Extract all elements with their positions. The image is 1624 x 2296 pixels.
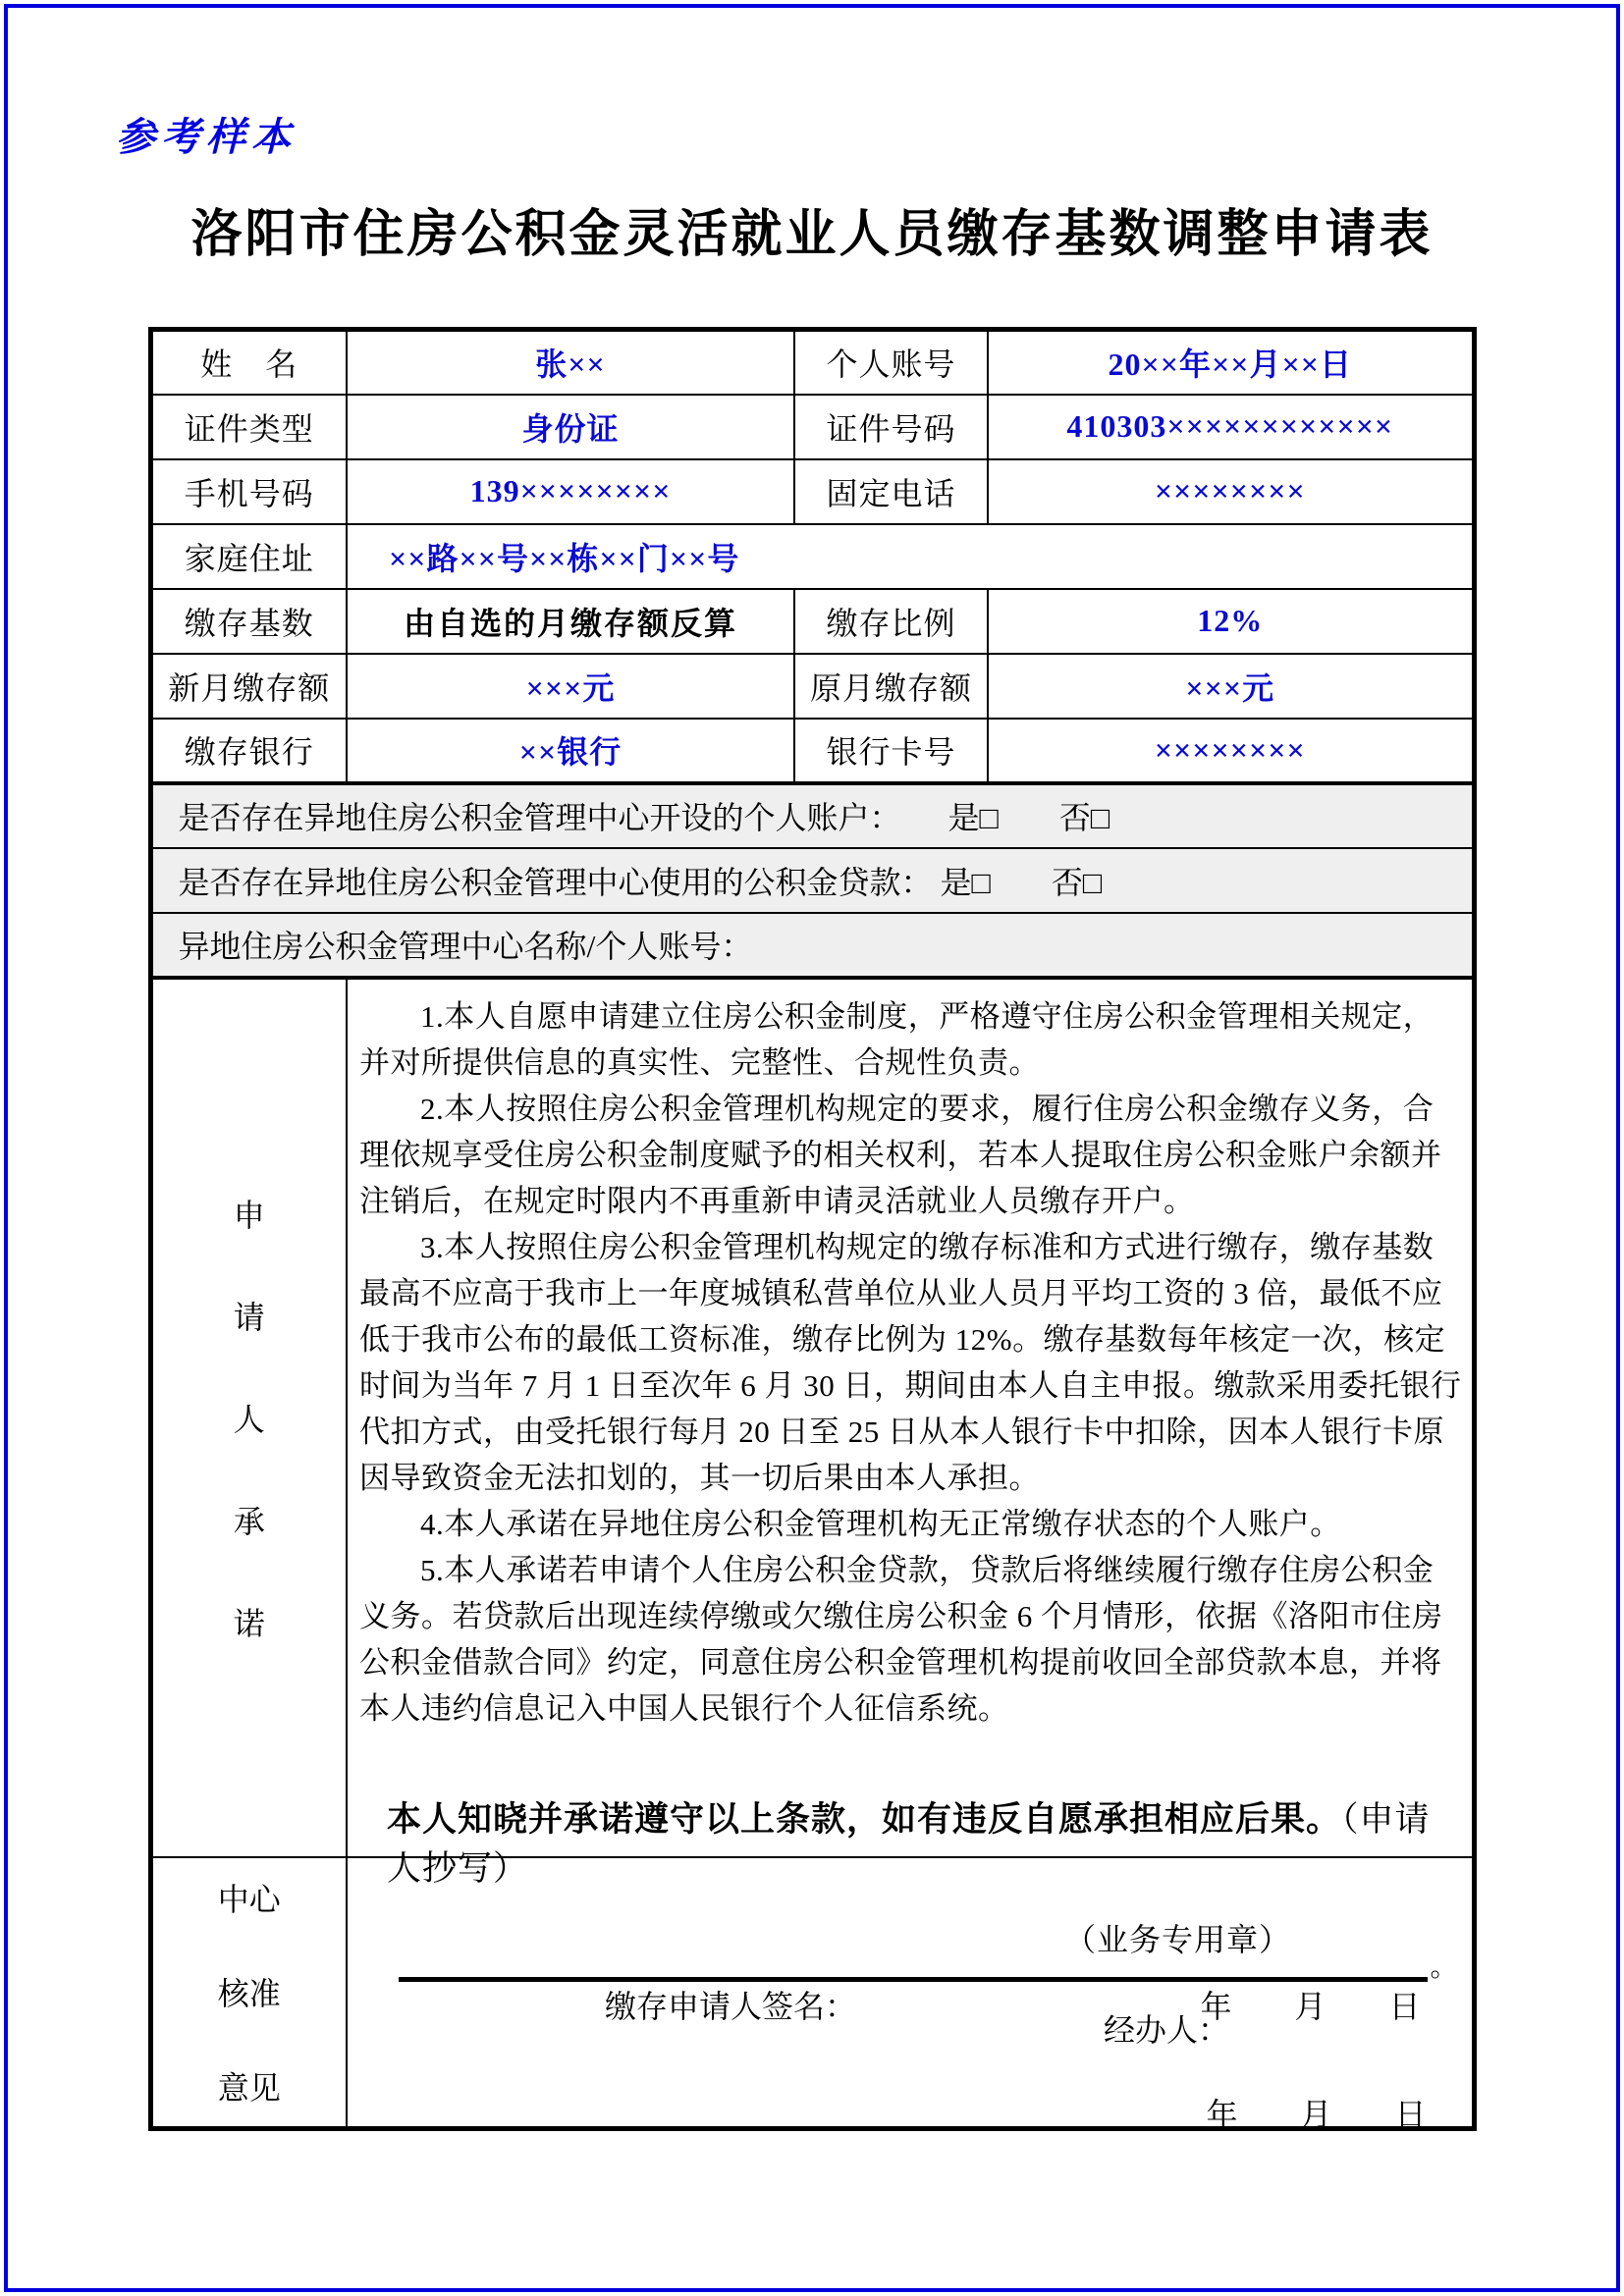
row-id-type-number: 证件类型 身份证 证件号码 410303××××××××××××: [150, 395, 1474, 459]
remote-account-no-checkbox[interactable]: 否□: [1059, 800, 1110, 835]
deposit-base-label: 缴存基数: [150, 589, 347, 654]
approval-date-label: 年 月 日: [1206, 2090, 1426, 2135]
remote-account-yes-checkbox[interactable]: 是□: [948, 800, 999, 835]
deposit-ratio-value: 12%: [988, 589, 1474, 654]
business-seal-label: （业务专用章）: [1064, 1915, 1291, 1960]
new-monthly-amount-label: 新月缴存额: [150, 654, 347, 719]
id-number-label: 证件号码: [794, 395, 988, 459]
application-form-table: 姓 名 张×× 个人账号 20××年××月××日 证件类型 身份证 证件号码 4…: [148, 327, 1477, 2131]
commitment-clause-5: 5.本人承诺若申请个人住房公积金贷款，贷款后将继续履行缴存住房公积金义务。若贷款…: [359, 1547, 1464, 1732]
home-address-label: 家庭住址: [150, 524, 347, 589]
name-value: 张××: [347, 330, 794, 395]
mobile-label: 手机号码: [150, 459, 347, 524]
approval-side-label-cell: 中心 核准 意见: [150, 1857, 347, 2129]
deposit-base-value: 由自选的月缴存额反算: [347, 589, 794, 654]
personal-account-value: 20××年××月××日: [988, 330, 1474, 395]
commitment-clause-3: 3.本人按照住房公积金管理机构规定的缴存标准和方式进行缴存，缴存基数最高不应高于…: [359, 1224, 1464, 1501]
new-monthly-amount-value: ×××元: [347, 654, 794, 719]
personal-account-label: 个人账号: [794, 330, 988, 395]
row-question-remote-loan: 是否存在异地住房公积金管理中心使用的公积金贷款：是□否□: [150, 848, 1474, 913]
remote-account-question: 是否存在异地住房公积金管理中心开设的个人账户：: [179, 800, 901, 835]
row-center-approval: 中心 核准 意见 （业务专用章） 经办人： 年 月 日: [150, 1857, 1474, 2129]
row-phone: 手机号码 139×××××××× 固定电话 ××××××××: [150, 459, 1474, 524]
deposit-ratio-label: 缴存比例: [794, 589, 988, 654]
remote-loan-yes-checkbox[interactable]: 是□: [941, 865, 991, 900]
id-type-label: 证件类型: [150, 395, 347, 459]
approval-side-label: 中心 核准 意见: [154, 1859, 346, 2124]
name-label: 姓 名: [150, 330, 347, 395]
sample-watermark: 参考样本: [116, 106, 297, 162]
row-applicant-commitment: 申 请 人 承 诺 1.本人自愿申请建立住房公积金制度，严格遵守住房公积金管理相…: [150, 978, 1474, 1857]
old-monthly-amount-value: ×××元: [988, 654, 1474, 719]
commitment-content-cell: 1.本人自愿申请建立住房公积金制度，严格遵守住房公积金管理相关规定，并对所提供信…: [347, 978, 1474, 1857]
landline-value: ××××××××: [988, 459, 1474, 524]
home-address-value: ××路××号××栋××门××号: [347, 524, 1474, 589]
remote-loan-no-checkbox[interactable]: 否□: [1052, 865, 1102, 900]
remote-center-name-label: 异地住房公积金管理中心名称/个人账号：: [179, 929, 753, 964]
approval-content-cell: （业务专用章） 经办人： 年 月 日: [347, 1857, 1474, 2129]
commitment-side-label-cell: 申 请 人 承 诺: [150, 978, 347, 1857]
operator-label[interactable]: 经办人：: [1104, 2005, 1229, 2051]
bank-card-value: ××××××××: [988, 719, 1474, 783]
remote-loan-question: 是否存在异地住房公积金管理中心使用的公积金贷款：: [179, 865, 933, 900]
commitment-clause-1: 1.本人自愿申请建立住房公积金制度，严格遵守住房公积金管理相关规定，并对所提供信…: [359, 993, 1464, 1086]
row-bank: 缴存银行 ××银行 银行卡号 ××××××××: [150, 719, 1474, 783]
row-deposit-base: 缴存基数 由自选的月缴存额反算 缴存比例 12%: [150, 589, 1474, 654]
old-monthly-amount-label: 原月缴存额: [794, 654, 988, 719]
row-address: 家庭住址 ××路××号××栋××门××号: [150, 524, 1474, 589]
bank-card-label: 银行卡号: [794, 719, 988, 783]
form-page: 参考样本 洛阳市住房公积金灵活就业人员缴存基数调整申请表 姓 名 张×× 个人账…: [0, 0, 1624, 2296]
deposit-bank-value: ××银行: [347, 719, 794, 783]
id-number-value: 410303××××××××××××: [988, 395, 1474, 459]
commitment-clause-4: 4.本人承诺在异地住房公积金管理机构无正常缴存状态的个人账户。: [359, 1501, 1464, 1547]
row-question-remote-account: 是否存在异地住房公积金管理中心开设的个人账户：是□否□: [150, 783, 1474, 848]
mobile-value: 139××××××××: [347, 459, 794, 524]
row-remote-center-name: 异地住房公积金管理中心名称/个人账号：: [150, 913, 1474, 978]
commitment-side-label: 申 请 人 承 诺: [154, 981, 346, 1854]
row-monthly-amount: 新月缴存额 ×××元 原月缴存额 ×××元: [150, 654, 1474, 719]
deposit-bank-label: 缴存银行: [150, 719, 347, 783]
id-type-value: 身份证: [347, 395, 794, 459]
commitment-clause-2: 2.本人按照住房公积金管理机构规定的要求，履行住房公积金缴存义务，合理依规享受住…: [359, 1086, 1464, 1224]
landline-label: 固定电话: [794, 459, 988, 524]
row-name-account: 姓 名 张×× 个人账号 20××年××月××日: [150, 330, 1474, 395]
